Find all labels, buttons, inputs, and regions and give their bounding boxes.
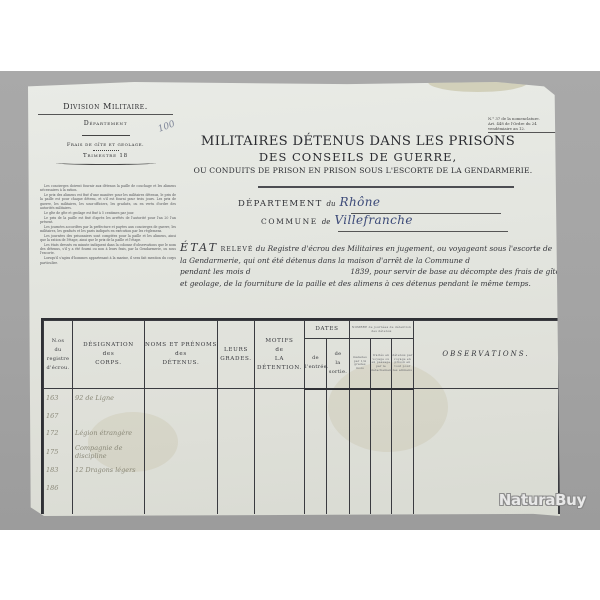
cell-j1 (350, 407, 371, 424)
cell-entree (305, 407, 327, 424)
cell-noms (145, 442, 218, 462)
note-paragraph: Les journées accordées par la préfecture… (40, 225, 176, 234)
cell-j3 (392, 462, 414, 479)
cell-j1 (350, 425, 371, 442)
commune-label: COMMUNE (261, 217, 318, 226)
statement-text: pendant les mois d (180, 267, 251, 276)
cell-numero: 172 (44, 425, 73, 442)
fill-line (338, 231, 508, 232)
cell-j1 (350, 442, 371, 462)
cell-grades (218, 442, 255, 462)
division-militaire: Division Militaire. (38, 102, 173, 115)
note-paragraph: Le prix de la paille est fixé d'après le… (40, 216, 176, 225)
header-designation: DÉSIGNATION des CORPS. (73, 321, 145, 389)
cell-motifs (255, 389, 305, 408)
divider (82, 135, 130, 136)
cell-j1 (350, 479, 371, 496)
header-numero: N.os du registre d'écrou. (44, 321, 73, 389)
cell-numero: 163 (44, 389, 73, 408)
table-row: 163 92 de Ligne (44, 389, 559, 408)
cell-designation (73, 407, 145, 424)
trimestre: Trimestre 18 (38, 153, 173, 159)
table-row: 183 12 Dragons légers (44, 462, 559, 479)
cell-motifs (255, 462, 305, 479)
table-row: 167 (44, 407, 559, 424)
cell-grades (218, 407, 255, 424)
header-journees-3: détenus par voyage en prison en tout pou… (392, 339, 414, 389)
header-noms: NOMS ET PRÉNOMS des DÉTENUS. (145, 321, 218, 389)
cell-motifs (255, 425, 305, 442)
cell-j2 (371, 479, 392, 496)
cell-motifs (255, 479, 305, 496)
header-date-sortie: de la sortie. (327, 339, 350, 389)
cell-grades (218, 425, 255, 442)
cell-entree (305, 479, 327, 496)
cell-j3 (392, 442, 414, 462)
note-paragraph: Les états dressés en minute indiquent da… (40, 243, 176, 256)
table-row: 175 Compagnie de discipline (44, 442, 559, 462)
statement-year: 1839 (350, 267, 369, 276)
divider (56, 161, 156, 165)
reference-note: N.° 37 de la nomenclature. Art. 448 de l… (488, 116, 556, 133)
cell-entree (305, 389, 327, 408)
header-grades: LEURS GRADES. (218, 321, 255, 389)
cell-noms (145, 479, 218, 496)
title-line-1: MILITAIRES DÉTENUS DANS LES PRISONS (168, 134, 548, 149)
cell-sortie (327, 442, 350, 462)
header-motifs: MOTIFS de LA DÉTENTION. (255, 321, 305, 389)
cell-j3 (392, 407, 414, 424)
cell-j2 (371, 389, 392, 408)
cell-noms (145, 389, 218, 408)
header-date-entree: de l'entrée. (305, 339, 327, 389)
table-row: 186 (44, 479, 559, 496)
note-paragraph: Les concierges doivent fournir aux déten… (40, 184, 176, 193)
departement-value: Rhône (340, 195, 381, 209)
du-label: du (327, 200, 336, 208)
header-journees-group: NOMBRE de journées de détention des déte… (350, 321, 414, 339)
cell-observations (414, 442, 559, 462)
cell-observations (414, 425, 559, 442)
note-paragraph: Le gîte de gîte et geolage est fixé à 5 … (40, 211, 176, 215)
commune-row: COMMUNEdeVillefranche (261, 213, 413, 227)
cell-j3 (392, 389, 414, 408)
cell-observations (414, 389, 559, 408)
cell-designation (73, 479, 145, 496)
cell-numero: 186 (44, 479, 73, 496)
frais-gite-geolage: Frais de gîte et geolage. (38, 142, 173, 148)
cell-j2 (371, 407, 392, 424)
cell-j2 (371, 442, 392, 462)
cell-observations (414, 462, 559, 479)
document-sheet: Division Militaire. Département Frais de… (28, 82, 560, 516)
reference-line: Art. 448 de l'Ordre du 24 vendémiaire an… (488, 121, 556, 131)
note-paragraph: Le prix des alimens est fixé d'une maniè… (40, 193, 176, 210)
cell-j3 (392, 425, 414, 442)
table-row-filler (44, 497, 559, 514)
statement-paragraph: ÉTAT RELEVÉ du Registre d'écrou des Mili… (180, 242, 560, 289)
title-line-2: DES CONSEILS DE GUERRE, (168, 150, 548, 164)
cell-noms (145, 407, 218, 424)
header-journees-2: traités en voyage ou en passage par le d… (371, 339, 392, 389)
table-row: 172 Légion étrangère (44, 425, 559, 442)
departement-label: DÉPARTEMENT (238, 199, 323, 209)
departement-label: Département (38, 120, 173, 127)
cell-motifs (255, 442, 305, 462)
cell-sortie (327, 462, 350, 479)
cell-designation: 12 Dragons légers (73, 462, 145, 479)
departement-row: DÉPARTEMENTduRhône (238, 195, 380, 209)
cell-grades (218, 479, 255, 496)
cell-j2 (371, 462, 392, 479)
cell-entree (305, 442, 327, 462)
cell-noms (145, 425, 218, 442)
cell-designation: Compagnie de discipline (73, 442, 145, 462)
cell-j1 (350, 389, 371, 408)
cell-j1 (350, 462, 371, 479)
cell-numero: 183 (44, 462, 73, 479)
de-label: de (322, 218, 331, 226)
commune-value: Villefranche (334, 213, 412, 227)
cell-sortie (327, 479, 350, 496)
cell-numero: 175 (44, 442, 73, 462)
cell-j3 (392, 479, 414, 496)
note-paragraph: Lorsqu'il s'agira d'hommes appartenant à… (40, 256, 176, 265)
cell-motifs (255, 407, 305, 424)
naturabuy-watermark: NaturaBuy (499, 491, 586, 509)
note-paragraph: Les journées des prisonniers sont compté… (40, 234, 176, 243)
cell-sortie (327, 389, 350, 408)
header-observations: OBSERVATIONS. (414, 321, 559, 389)
register-table: N.os du registre d'écrou. DÉSIGNATION de… (41, 318, 561, 514)
title-line-3: OU CONDUITS DE PRISON EN PRISON SOUS L'E… (168, 166, 558, 175)
cell-numero: 167 (44, 407, 73, 424)
instruction-notes: Les concierges doivent fournir aux déten… (40, 184, 176, 265)
header-dates: DATES (305, 321, 350, 339)
left-header: Division Militaire. Département Frais de… (38, 102, 173, 165)
cell-designation: 92 de Ligne (73, 389, 145, 408)
cell-j2 (371, 425, 392, 442)
cell-entree (305, 462, 327, 479)
cell-grades (218, 462, 255, 479)
header-journees-1: malades par 1/4 grades mois (350, 339, 371, 389)
cell-entree (305, 425, 327, 442)
cell-noms (145, 462, 218, 479)
etat-word: ÉTAT (180, 241, 218, 254)
cell-designation: Légion étrangère (73, 425, 145, 442)
divider (258, 186, 514, 188)
cell-grades (218, 389, 255, 408)
cell-sortie (327, 425, 350, 442)
cell-observations (414, 407, 559, 424)
divider (93, 150, 119, 151)
cell-sortie (327, 407, 350, 424)
releve-word: RELEVÉ (221, 246, 254, 253)
